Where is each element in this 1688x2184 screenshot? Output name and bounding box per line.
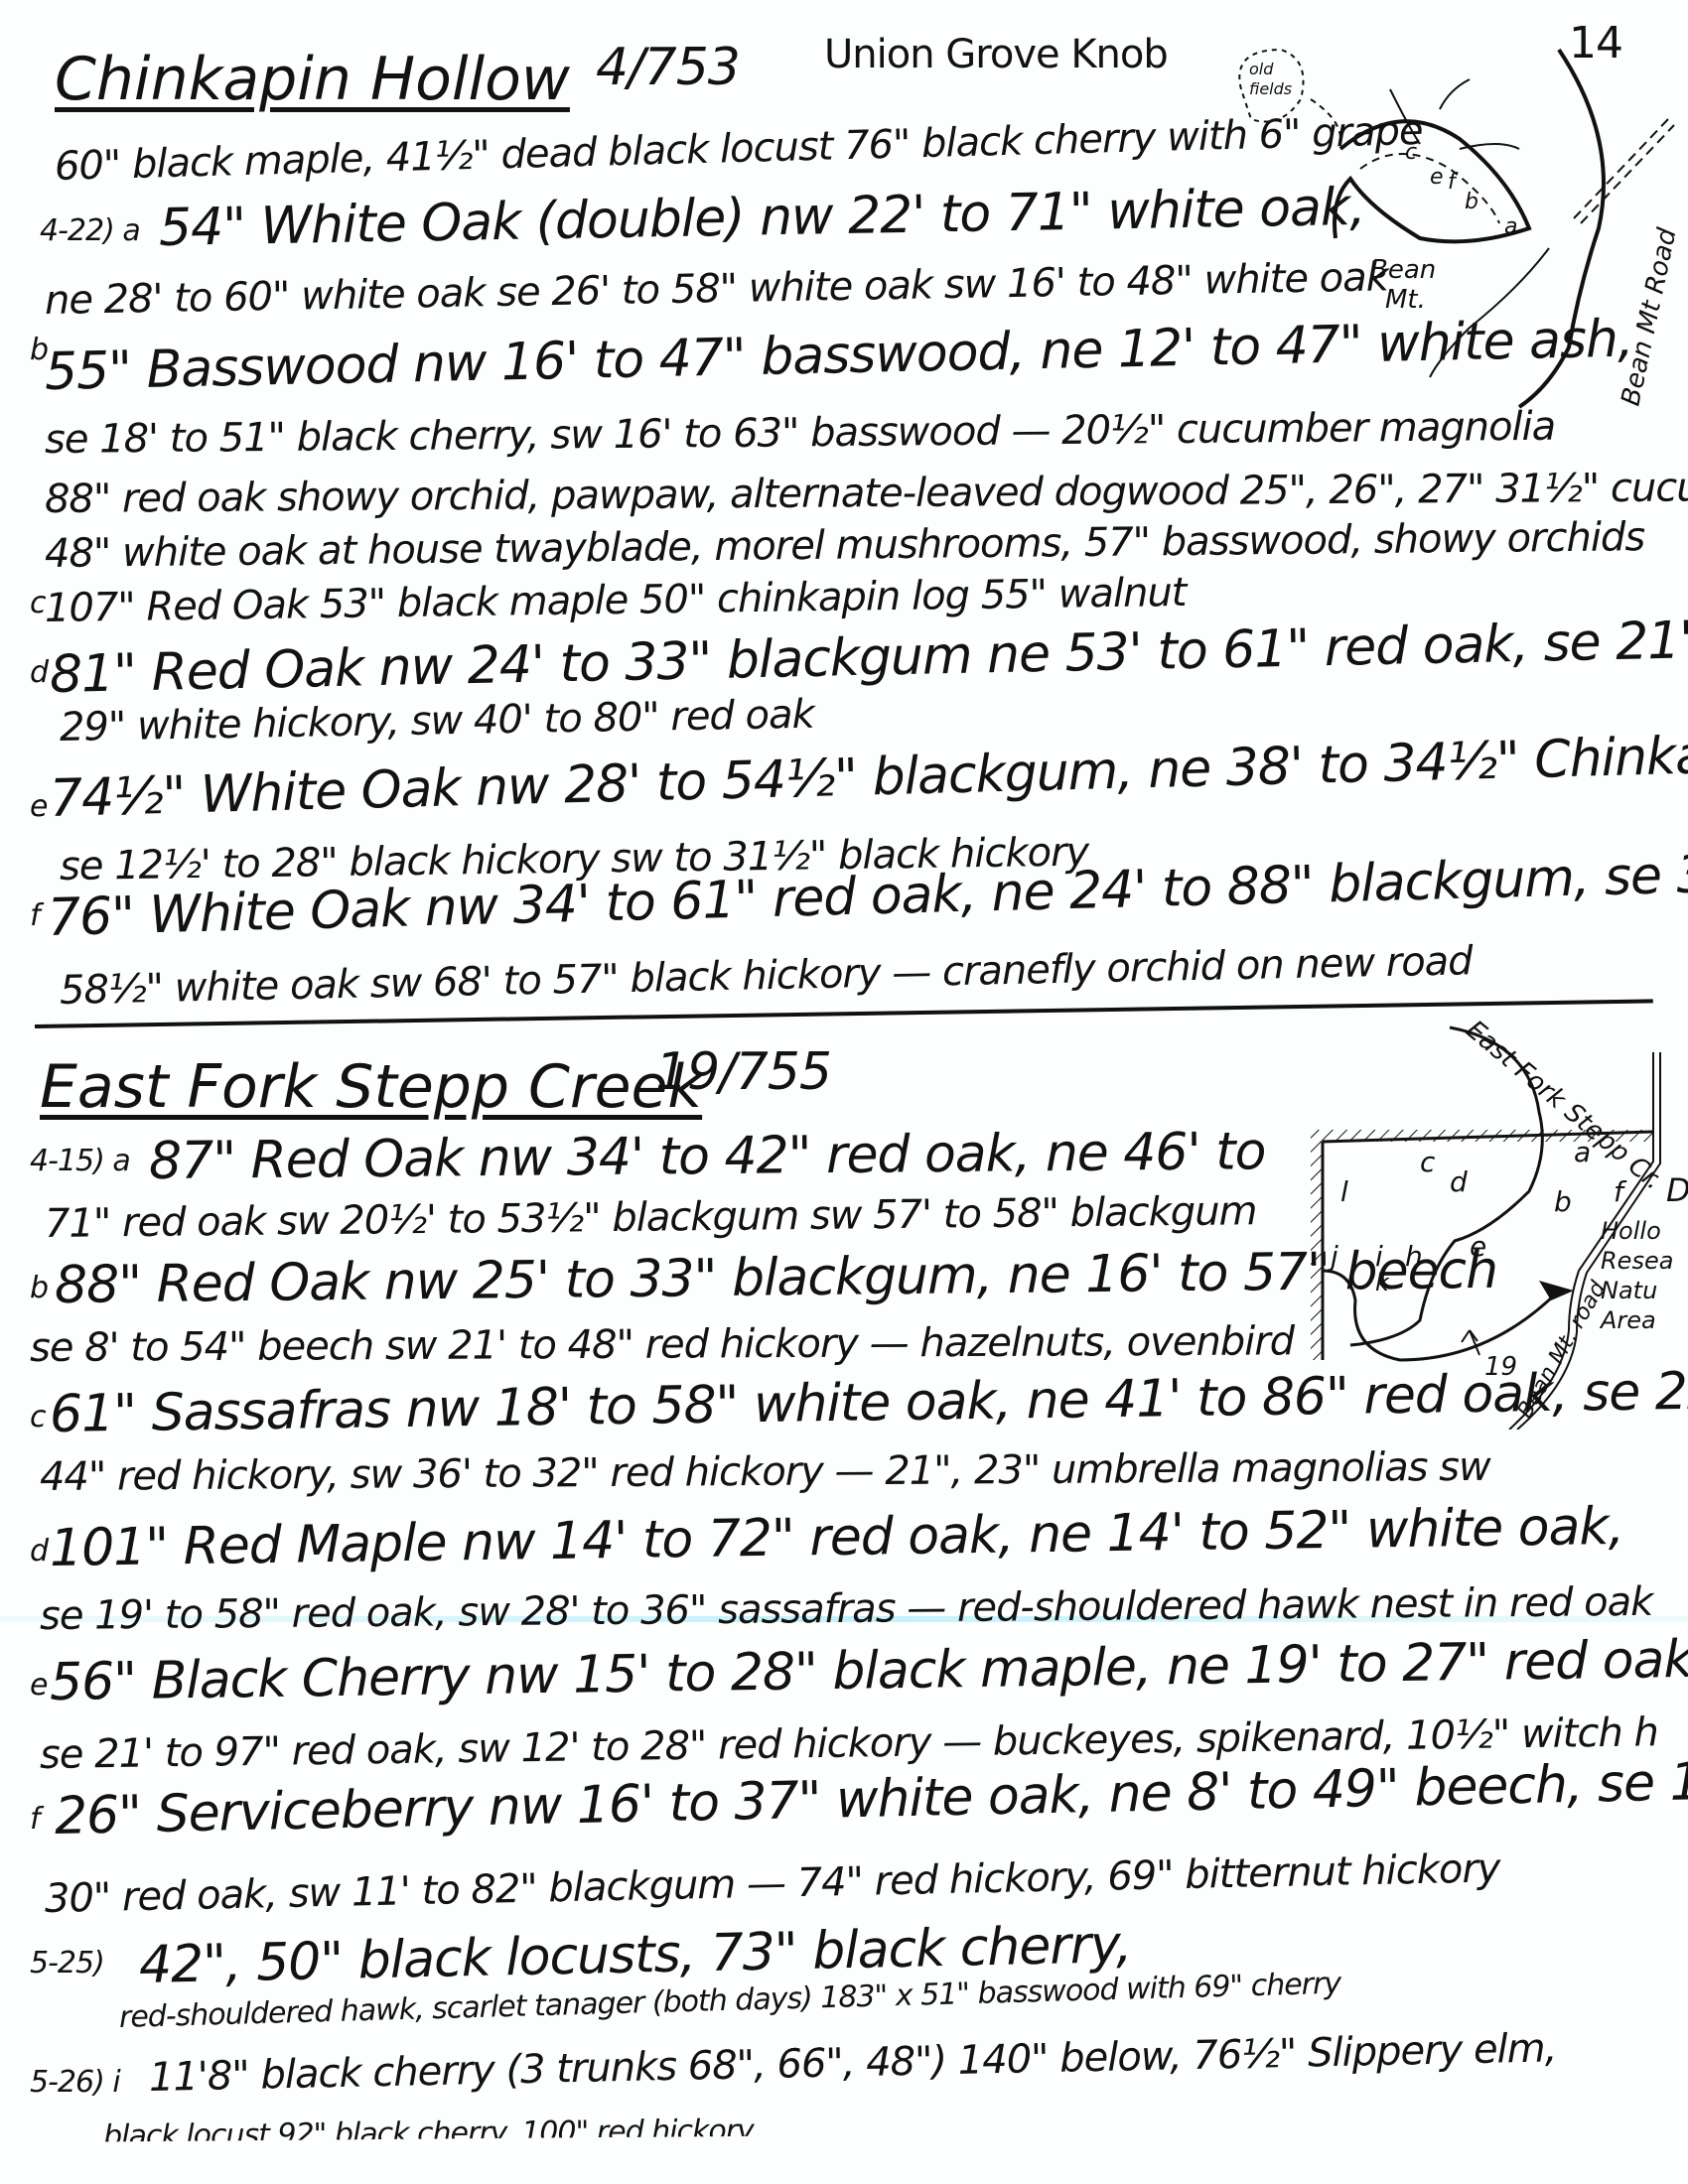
margin-tag: 4-15) a [30, 1144, 130, 1178]
svg-text:c: c [1420, 1146, 1436, 1178]
margin-tag: f [30, 898, 40, 933]
margin-tag: 4-22) a [40, 213, 140, 248]
note-line: 88" red oak showy orchid, pawpaw, altern… [45, 465, 1688, 522]
note-line: ne 28' to 60" white oak se 26' to 58" wh… [45, 254, 1389, 324]
note-line: se 19' to 58" red oak, sw 28' to 36" sas… [40, 1579, 1653, 1639]
note-line: se 8' to 54" beech sw 21' to 48" red hic… [30, 1318, 1294, 1371]
margin-tag: b [30, 1271, 48, 1305]
svg-text:b: b [1465, 190, 1478, 214]
svg-text:b: b [1554, 1185, 1572, 1218]
svg-text:e: e [1430, 165, 1444, 190]
margin-tag: e [30, 789, 47, 824]
svg-text:Area: Area [1599, 1306, 1656, 1334]
margin-tag: c [30, 1400, 46, 1434]
notebook-page: 14 Chinkapin Hollow 4/753 Union Grove Kn… [0, 0, 1688, 2184]
tree-entry-a: 54" White Oak (double) nw 22' to 71" whi… [158, 178, 1365, 258]
margin-tag: d [30, 1534, 48, 1569]
note-line: 11'8" black cherry (3 trunks 68", 66", 4… [149, 2025, 1557, 2101]
margin-tag: f [30, 1802, 40, 1837]
svg-text:Resea: Resea [1601, 1247, 1673, 1275]
section-code: 4/753 [596, 38, 740, 97]
note-line-cut-off: ... black locust 92" black cherry, 100" … [70, 2114, 760, 2154]
tree-entry-a: 87" Red Oak nw 34' to 42" red oak, ne 46… [149, 1122, 1266, 1191]
note-line: 48" white oak at house twayblade, morel … [45, 514, 1645, 577]
svg-text:Natu: Natu [1601, 1277, 1657, 1304]
section-title-chinkapin-hollow: Chinkapin Hollow [55, 45, 570, 114]
note-line: 44" red hickory, sw 36' to 32" red hicko… [40, 1444, 1490, 1500]
section-subtitle: Union Grove Knob [824, 32, 1168, 77]
margin-tag: d [30, 655, 48, 690]
svg-text:fields: fields [1249, 79, 1292, 98]
svg-text:a: a [1504, 214, 1517, 239]
svg-text:East Fork Stepp Cr.: East Fork Stepp Cr. [1461, 1015, 1668, 1195]
tree-entry-b: 88" Red Oak nw 25' to 33" blackgum, ne 1… [55, 1241, 1498, 1315]
margin-tag: 5-25) [30, 1946, 104, 1980]
note-line: 58½" white oak sw 68' to 57" black hicko… [60, 938, 1473, 1014]
svg-text:D: D [1666, 1171, 1688, 1209]
svg-text:Hollo: Hollo [1601, 1217, 1661, 1245]
margin-tag: e [30, 1668, 47, 1703]
tree-entry-c: 61" Sassafras nw 18' to 58" white oak, n… [50, 1360, 1688, 1444]
section-code: 19/755 [655, 1042, 831, 1102]
note-line: 30" red oak, sw 11' to 82" blackgum — 74… [45, 1845, 1500, 1922]
note-line: se 18' to 51" black cherry, sw 16' to 63… [45, 404, 1556, 463]
svg-text:old: old [1249, 60, 1274, 78]
svg-text:d: d [1450, 1165, 1468, 1198]
margin-tag: c [30, 586, 46, 620]
note-line: 60" black maple, 41½" dead black locust … [54, 108, 1423, 190]
svg-text:Mt.: Mt. [1385, 285, 1426, 315]
svg-text:a: a [1574, 1136, 1591, 1168]
margin-tag: 5-26) i [30, 2065, 120, 2100]
section-title-east-fork-stepp-creek: East Fork Stepp Creek [40, 1052, 702, 1122]
note-line: 71" red oak sw 20½' to 53½" blackgum sw … [45, 1188, 1257, 1247]
svg-text:l: l [1340, 1175, 1348, 1208]
tree-entry-c: 107" Red Oak 53" black maple 50" chinkap… [45, 570, 1187, 631]
tree-entry-e: 56" Black Cherry nw 15' to 28" black map… [50, 1627, 1688, 1712]
tree-entry-d: 101" Red Maple nw 14' to 72" red oak, ne… [50, 1497, 1624, 1578]
